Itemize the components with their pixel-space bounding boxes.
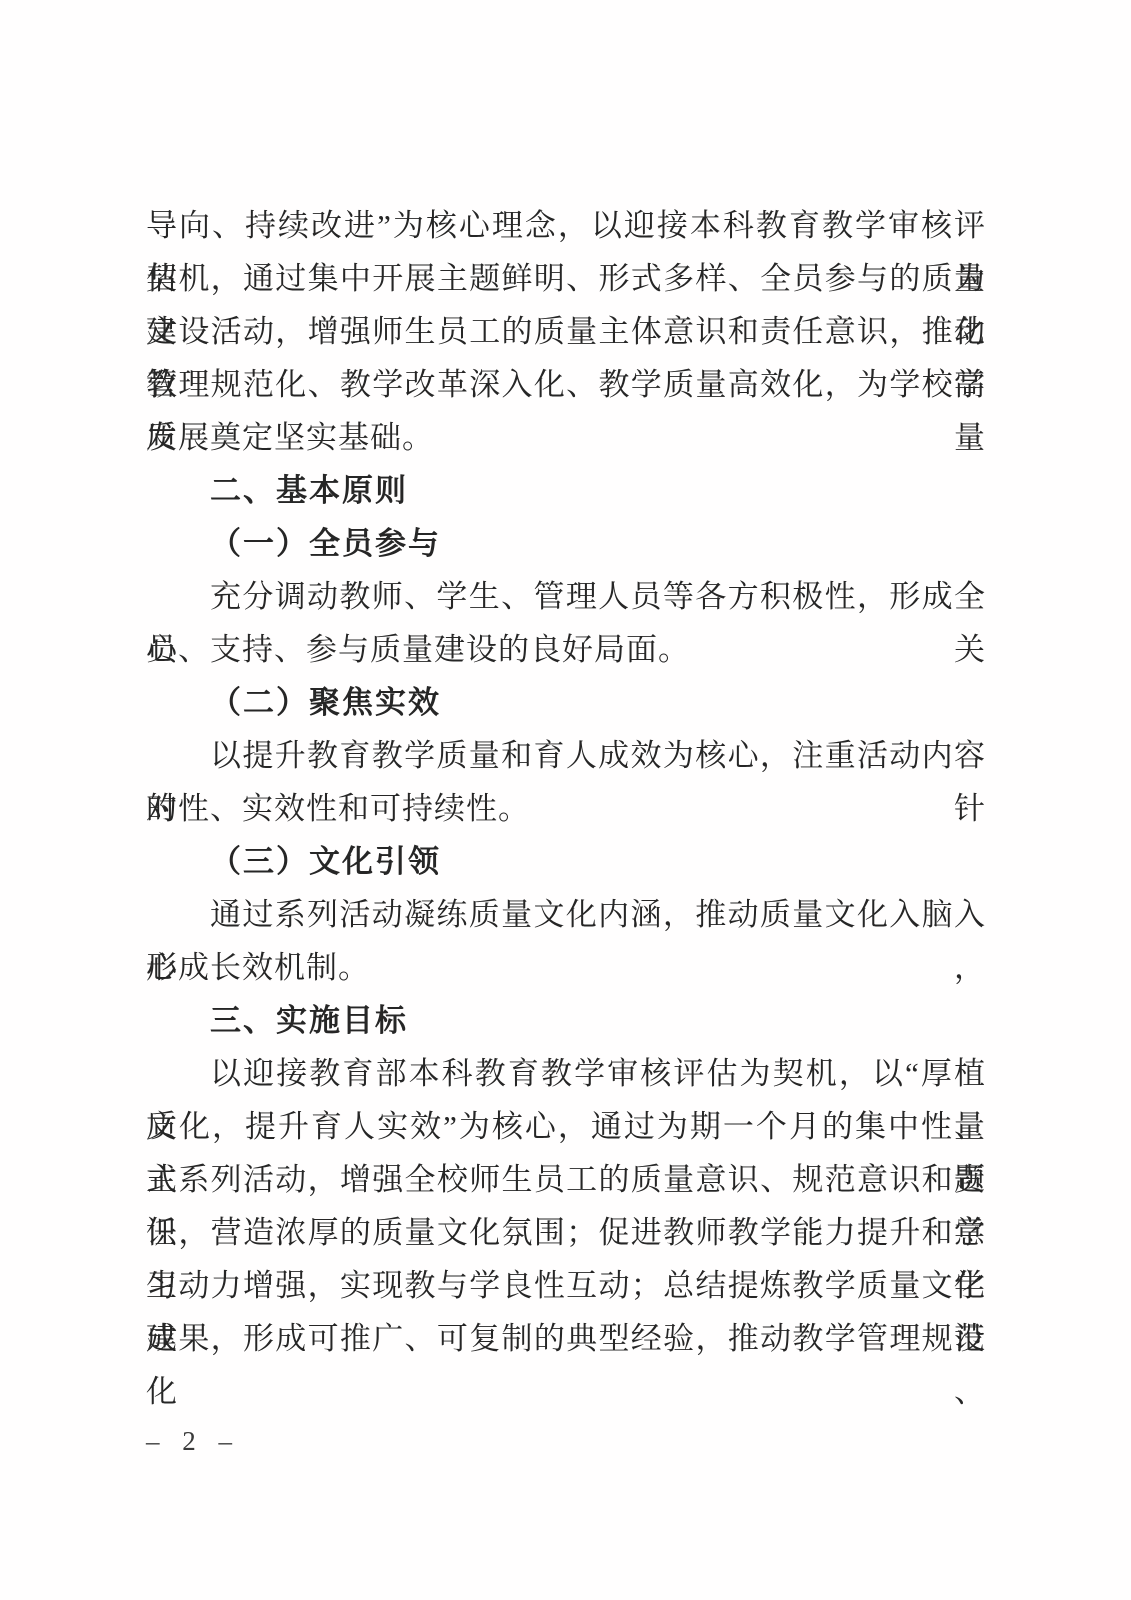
text-line: 识，营造浓厚的质量文化氛围；促进教师教学能力提升和学生学 [146,1206,986,1259]
text-line: 管理规范化、教学改革深入化、教学质量高效化，为学校高质量 [146,358,986,411]
text-line: 以提升教育教学质量和育人成效为核心，注重活动内容的针 [146,729,986,782]
text-line: 习动力增强，实现教与学良性互动；总结提炼教学质量文化建设 [146,1259,986,1312]
sub-section-heading: （三）文化引领 [146,835,986,888]
text-line: 成果，形成可推广、可复制的典型经验，推动教学管理规范化、 [146,1312,986,1365]
section-heading: 三、实施目标 [146,994,986,1047]
text-line: 以迎接教育部本科教育教学审核评估为契机，以“厚植质量 [146,1047,986,1100]
sub-section-heading: （一）全员参与 [146,517,986,570]
text-line: 通过系列活动凝练质量文化内涵，推动质量文化入脑入心， [146,888,986,941]
text-line: 式系列活动，增强全校师生员工的质量意识、规范意识和责任意 [146,1153,986,1206]
text-line: 充分调动教师、学生、管理人员等各方积极性，形成全员关 [146,570,986,623]
text-line: 文化，提升育人实效”为核心，通过为期一个月的集中性、主题 [146,1100,986,1153]
document-content: 导向、持续改进”为核心理念，以迎接本科教育教学审核评估为契机，通过集中开展主题鲜… [146,199,986,1365]
section-heading: 二、基本原则 [146,464,986,517]
page-number: – 2 – [146,1426,240,1457]
text-line: 建设活动，增强师生员工的质量主体意识和责任意识，推动教学 [146,305,986,358]
text-line: 导向、持续改进”为核心理念，以迎接本科教育教学审核评估为 [146,199,986,252]
text-line: 契机，通过集中开展主题鲜明、形式多样、全员参与的质量文化 [146,252,986,305]
document-page: 导向、持续改进”为核心理念，以迎接本科教育教学审核评估为契机，通过集中开展主题鲜… [0,0,1131,1600]
sub-section-heading: （二）聚焦实效 [146,676,986,729]
